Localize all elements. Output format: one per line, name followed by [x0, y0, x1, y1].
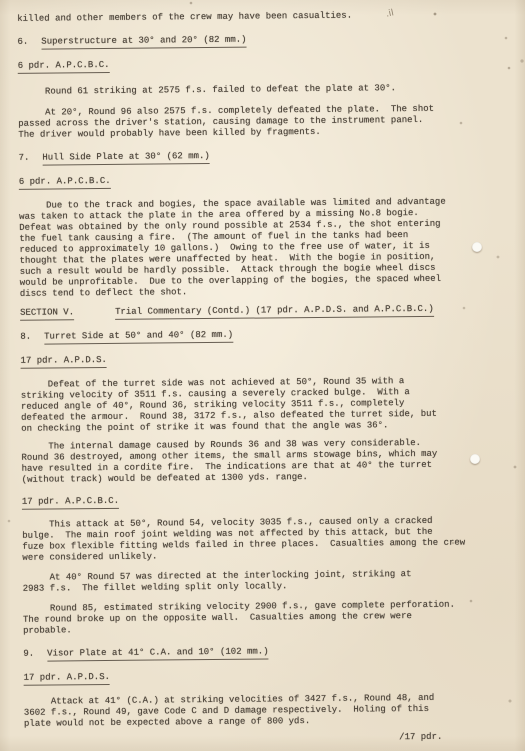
- section-v-title: Trial Commentary (Contd.) (17 pdr. A.P.D…: [115, 304, 434, 320]
- intro-line: killed and other members of the crew may…: [17, 9, 489, 25]
- subheading-6-ammo: 6 pdr. A.P.C.B.C.: [18, 56, 490, 74]
- section-v-label: SECTION V.: [20, 307, 74, 321]
- subheading-8-apcbc: 17 pdr. A.P.C.B.C.: [22, 492, 494, 510]
- paragraph-visor-attack: Attack at 41° (C.A.) at striking velocit…: [24, 692, 496, 730]
- paragraph-round-61: Round 61 striking at 2575 f.s. failed to…: [18, 82, 490, 98]
- heading-7: 7. Hull Side Plate at 30° (62 mm.): [19, 148, 491, 166]
- document-page: .il killed and other members of the crew…: [0, 0, 525, 751]
- heading-9: 9. Visor Plate at 41° C.A. and 10° (102 …: [23, 644, 495, 662]
- section-v-heading: SECTION V. Trial Commentary (Contd.) (17…: [20, 303, 492, 321]
- subheading-8-apds: 17 pdr. A.P.D.S.: [20, 351, 492, 369]
- heading-6-title: Superstructure at 30° and 20° (82 mm.): [41, 35, 246, 50]
- catchword: /17 pdr.: [399, 731, 496, 743]
- heading-8: 8. Turret Side at 50° and 40° (82 mm.): [20, 327, 492, 345]
- subheading-7-ammo: 6 pdr. A.P.C.B.C.: [19, 172, 491, 190]
- paragraph-round-85: Round 85, estimated striking velocity 29…: [23, 599, 495, 637]
- heading-8-number: 8.: [20, 332, 31, 343]
- subheading-9-apds: 17 pdr. A.P.D.S.: [24, 668, 496, 686]
- paper-specks: [0, 0, 2, 2]
- paragraph-turret-defeat: Defeat of the turret side was not achiev…: [21, 375, 494, 435]
- heading-9-number: 9.: [23, 649, 34, 660]
- typed-content: killed and other members of the crew may…: [17, 9, 496, 746]
- paragraph-round-57: At 40° Round 57 was directed at the inte…: [23, 568, 495, 595]
- paragraph-round-96: At 20°, Round 96 also 2575 f.s. complete…: [18, 103, 490, 141]
- heading-8-title: Turret Side at 50° and 40° (82 mm.): [44, 330, 233, 345]
- paragraph-hull-side: Due to the track and bogies, the space a…: [19, 196, 492, 300]
- heading-7-number: 7.: [19, 153, 30, 164]
- paragraph-internal-damage: The internal damage caused by Rounds 36 …: [21, 437, 493, 486]
- paragraph-round-54: This attack at 50°, Round 54, velocity 3…: [22, 515, 494, 564]
- heading-9-title: Visor Plate at 41° C.A. and 10° (102 mm.…: [47, 646, 269, 661]
- heading-6: 6. Superstructure at 30° and 20° (82 mm.…: [17, 32, 489, 50]
- heading-6-number: 6.: [17, 37, 28, 48]
- heading-7-title: Hull Side Plate at 30° (62 mm.): [42, 151, 210, 166]
